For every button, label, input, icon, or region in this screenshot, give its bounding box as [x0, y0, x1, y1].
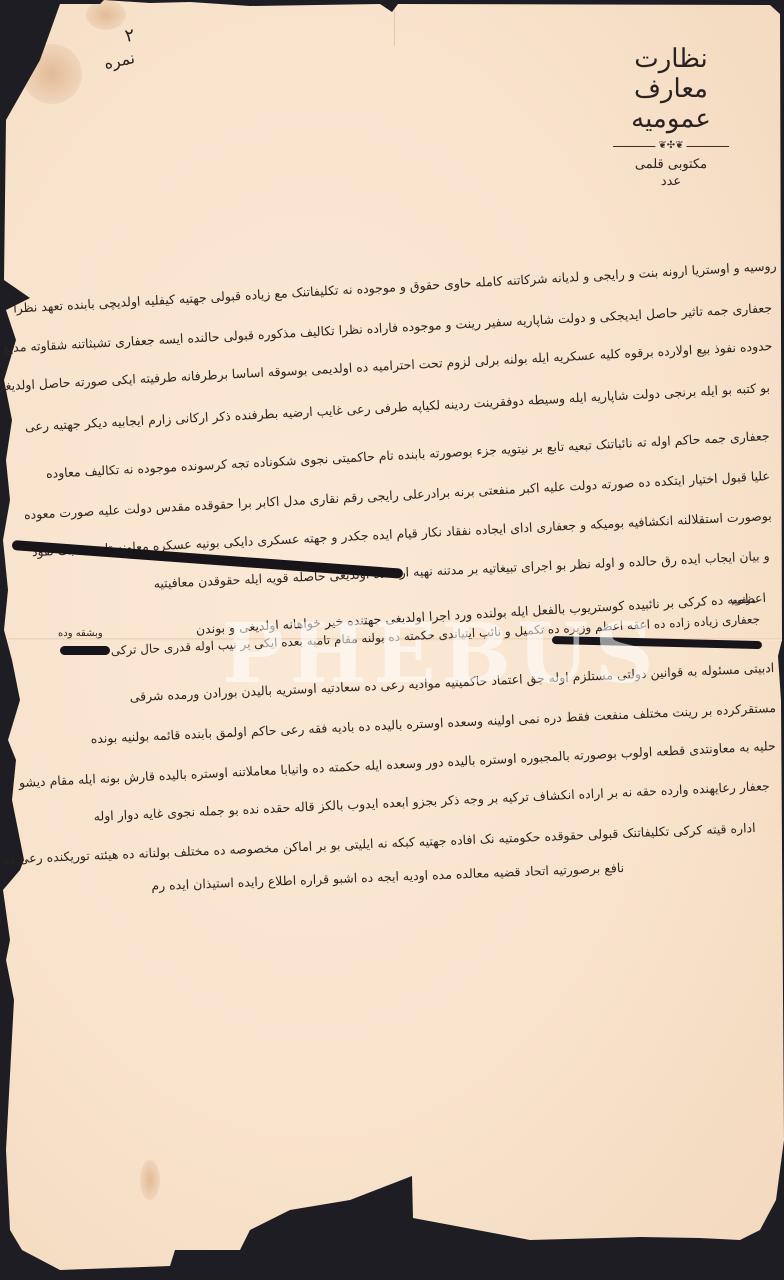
- margin-note: مرقوم: [732, 596, 756, 606]
- body-line: ادبیتی مسئوله به قوانین دولتی مستلزم اول…: [129, 660, 774, 704]
- body-line: و بیان ایجاب ایده رق حالده و اوله نظر بو…: [154, 548, 771, 591]
- body-line: جعفار رعایهنده وارده حقه نه بر اراده انک…: [94, 778, 771, 824]
- body-line: اداره قیته کرکی تکلیفاتنک قبولی حقوقده ح…: [3, 820, 756, 867]
- body-line: بو کتبه بو ایله برنجی دولت شاپاریه ایله …: [25, 380, 771, 434]
- body-line: مستقرکرده بر رینت مختلف منفعت فقط دره نم…: [90, 700, 776, 746]
- body-line: نافع برصورتیه اتحاد قضیه معالده مده اودی…: [151, 860, 624, 893]
- letter-body: روسیه و اوستریا ارونه بنت و رایجی و لدیا…: [0, 0, 784, 1280]
- struck-out-line: [552, 636, 762, 649]
- struck-out-word: [60, 646, 110, 655]
- margin-note: وبشقه وده: [58, 628, 103, 639]
